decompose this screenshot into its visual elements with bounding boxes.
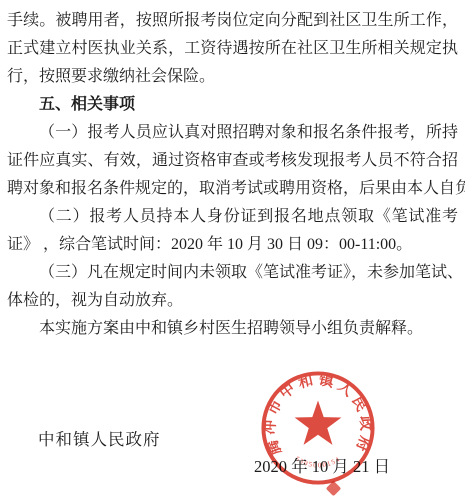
seal-serial-number: 5305000154: [294, 456, 342, 470]
official-seal: 腾冲市中和镇人民政府 5305000154: [259, 369, 377, 487]
body-line: （一）报考人员应认真对照招聘对象和报名条件报考，所持: [7, 119, 458, 147]
body-line: 本实施方案由中和镇乡村医生招聘领导小组负责解释。: [7, 315, 458, 343]
body-line: 聘对象和报名条件规定的，取消考试或聘用资格，后果由本人自负。: [7, 175, 458, 203]
issuer-signature: 中和镇人民政府: [38, 426, 161, 450]
body-line: 证件应真实、有效，通过资格审查或考核发现报考人员不符合招: [7, 147, 458, 175]
body-line: 体检的，视为自动放弃。: [7, 287, 458, 315]
document-body: 手续。被聘用者，按照所报考岗位定向分配到社区卫生所工作， 正式建立村医执业关系，…: [0, 0, 465, 343]
section-heading: 五、相关事项: [7, 91, 458, 119]
body-line: 证》 ，综合笔试时间：2020 年 10 月 30 日 09：00-11:00。: [7, 231, 458, 259]
body-line: （三）凡在规定时间内未领取《笔试准考证》，未参加笔试、: [7, 259, 458, 287]
svg-text:5305000154: 5305000154: [294, 456, 342, 470]
body-line: （二）报考人员持本人身份证到报名地点领取《笔试准考: [7, 203, 458, 231]
body-line: 行，按照要求缴纳社会保险。: [7, 63, 458, 91]
body-line: 手续。被聘用者，按照所报考岗位定向分配到社区卫生所工作，: [7, 7, 458, 35]
body-line: 正式建立村医执业关系，工资待遇按所在社区卫生所相关规定执: [7, 35, 458, 63]
seal-star-icon: [295, 400, 342, 444]
seal-graphic: 腾冲市中和镇人民政府 5305000154: [259, 369, 377, 487]
document-page: 手续。被聘用者，按照所报考岗位定向分配到社区卫生所工作， 正式建立村医执业关系，…: [0, 0, 465, 497]
